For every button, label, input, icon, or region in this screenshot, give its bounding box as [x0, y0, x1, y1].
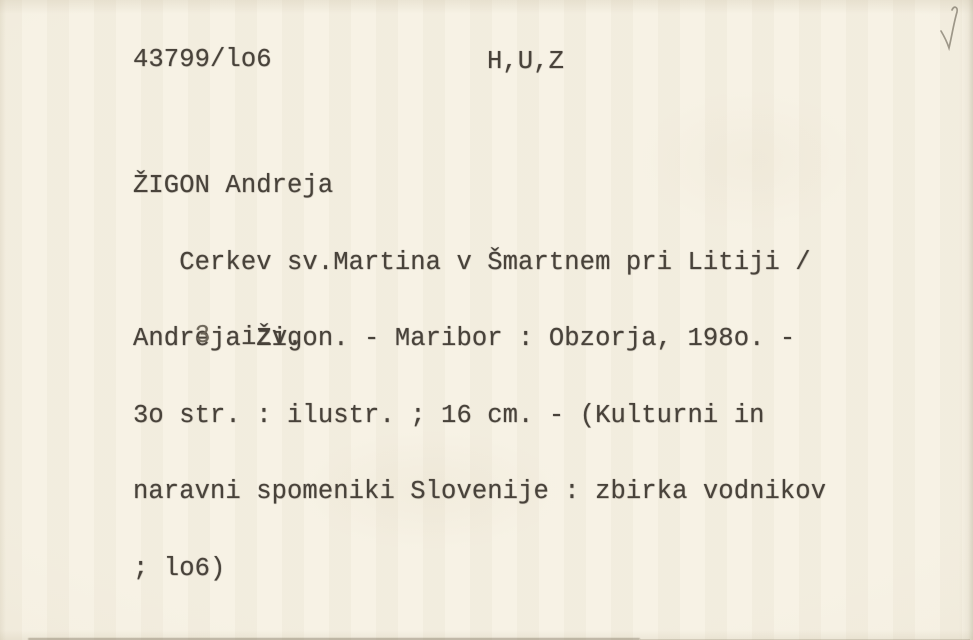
- checkmark-icon: [937, 3, 965, 53]
- description-line: 3o str. : ilustr. ; 16 cm. - (Kulturni i…: [133, 403, 826, 429]
- copies-note: 3izv.: [133, 294, 303, 381]
- author-heading: ŽIGON Andreja: [133, 173, 826, 199]
- call-number: 43799/lo6: [133, 45, 272, 74]
- copies-count: 3: [194, 321, 211, 351]
- description-line: ; lo6): [133, 556, 826, 582]
- description-line: Cerkev sv.Martina v Šmartnem pri Litiji …: [133, 250, 826, 276]
- catalog-card: 43799/lo6 H,U,Z ŽIGON Andreja Cerkev sv.…: [0, 0, 973, 640]
- classification-code: H,U,Z: [487, 47, 564, 76]
- copies-label: izv.: [241, 323, 303, 352]
- description-line: naravni spomeniki Slovenije : zbirka vod…: [133, 479, 826, 505]
